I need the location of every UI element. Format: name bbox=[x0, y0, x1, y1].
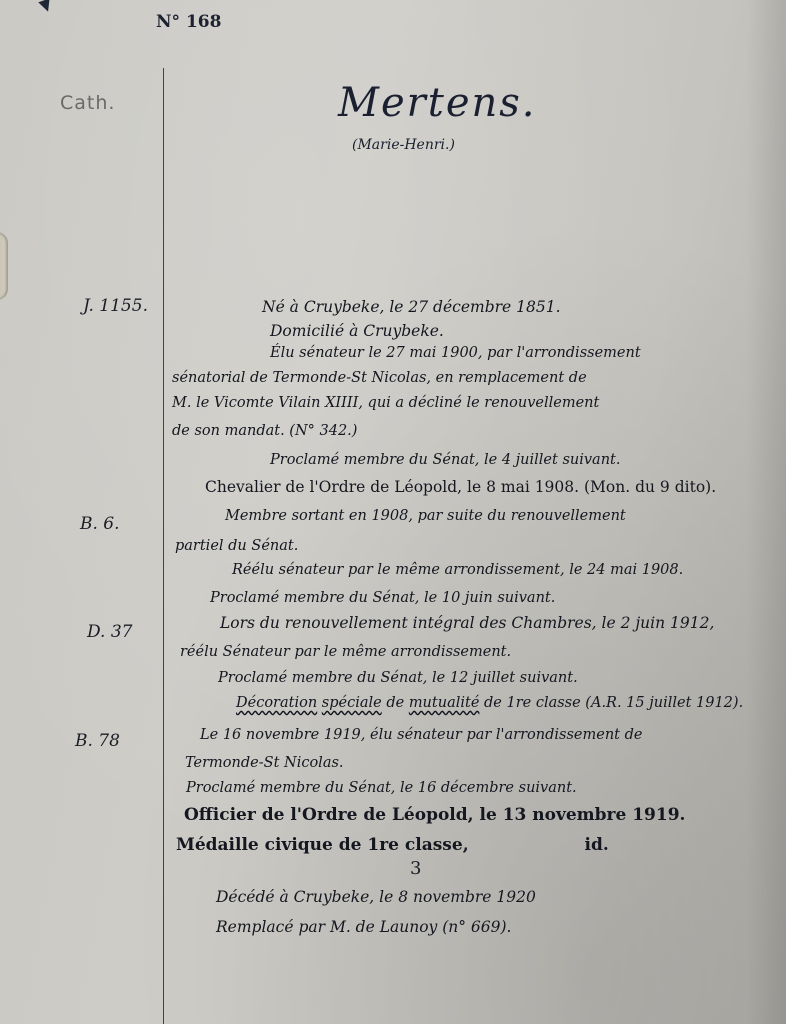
margin-rule bbox=[163, 68, 164, 1024]
entry-mutuality-decoration: Décoration spéciale de mutualité de 1re … bbox=[236, 695, 743, 711]
punch-hole bbox=[0, 232, 8, 300]
margin-ref-d37: D. 37 bbox=[87, 622, 132, 642]
given-names: (Marie-Henri.) bbox=[352, 137, 455, 153]
entry-domicile: Domicilié à Cruybeke. bbox=[270, 322, 444, 340]
entry-proclaimed-1908: Proclamé membre du Sénat, le 10 juin sui… bbox=[210, 590, 555, 606]
entry-renewal-1912: Lors du renouvellement intégral des Cham… bbox=[220, 614, 714, 632]
margin-ref-b78: B. 78 bbox=[75, 731, 120, 751]
entry-partial-renewal: partiel du Sénat. bbox=[175, 538, 298, 554]
pencil-note: Cath. bbox=[60, 92, 115, 114]
entry-medaille: Médaille civique de 1re classe, id. bbox=[176, 835, 609, 855]
entry-elected-1900: Élu sénateur le 27 mai 1900, par l'arron… bbox=[270, 345, 641, 361]
margin-ref-b6: B. 6. bbox=[80, 514, 120, 534]
entry-proclaimed-1900: Proclamé membre du Sénat, le 4 juillet s… bbox=[270, 452, 620, 468]
class-date: de 1re classe (A.R. 15 juillet 1912). bbox=[484, 695, 743, 711]
medaille-id: id. bbox=[585, 835, 609, 855]
entry-replacement: M. le Vicomte Vilain XIIII, qui a déclin… bbox=[172, 395, 599, 411]
entry-elected-1919: Le 16 novembre 1919, élu sénateur par l'… bbox=[200, 727, 642, 743]
entry-reelected-1912: réélu Sénateur par le même arrondissemen… bbox=[180, 644, 511, 660]
corner-ink-mark bbox=[38, 0, 53, 14]
entry-proclaimed-1912: Proclamé membre du Sénat, le 12 juillet … bbox=[218, 670, 578, 686]
mutuality-word: mutualité bbox=[409, 695, 480, 711]
entry-chevalier: Chevalier de l'Ordre de Léopold, le 8 ma… bbox=[205, 478, 716, 496]
entry-mandate: de son mandat. (N° 342.) bbox=[172, 423, 357, 439]
page-marker: 3 bbox=[410, 858, 421, 879]
medaille-text: Médaille civique de 1re classe, bbox=[176, 835, 469, 855]
margin-ref-1155: J. 1155. bbox=[83, 296, 148, 316]
page-shadow bbox=[746, 0, 786, 1024]
record-number: N° 168 bbox=[156, 12, 221, 32]
document-page: N° 168 Cath. Mertens. (Marie-Henri.) J. … bbox=[0, 0, 786, 1024]
entry-outgoing-1908: Membre sortant en 1908, par suite du ren… bbox=[225, 508, 626, 524]
special-word: spéciale bbox=[322, 695, 382, 711]
entry-deceased: Décédé à Cruybeke, le 8 novembre 1920 bbox=[216, 888, 536, 906]
decoration-word: Décoration bbox=[236, 695, 317, 711]
surname-heading: Mertens. bbox=[338, 80, 537, 126]
entry-termonde: Termonde-St Nicolas. bbox=[185, 755, 344, 771]
de-word: de bbox=[386, 695, 404, 711]
entry-arrondissement: sénatorial de Termonde-St Nicolas, en re… bbox=[172, 370, 587, 386]
entry-reelected-1908: Réélu sénateur par le même arrondissemen… bbox=[232, 562, 683, 578]
entry-officier: Officier de l'Ordre de Léopold, le 13 no… bbox=[184, 805, 685, 825]
entry-birth: Né à Cruybeke, le 27 décembre 1851. bbox=[262, 298, 561, 316]
entry-replaced-by: Remplacé par M. de Launoy (n° 669). bbox=[216, 918, 511, 936]
entry-proclaimed-1919: Proclamé membre du Sénat, le 16 décembre… bbox=[186, 780, 577, 796]
